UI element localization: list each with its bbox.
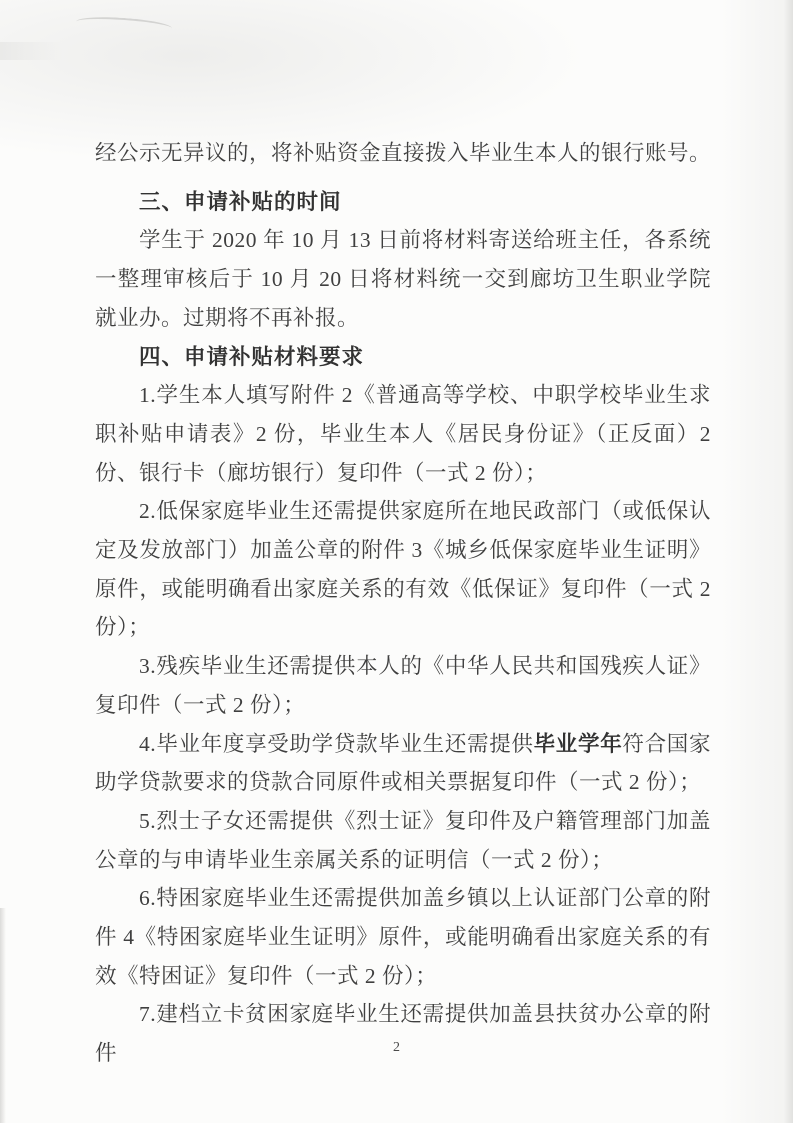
scan-shadow-bottom-left-edge bbox=[0, 908, 6, 1123]
emphasized-text: 四、申请补贴材料要求 bbox=[139, 345, 364, 369]
text-run: 经公示无异议的，将补贴资金直接拨入毕业生本人的银行账号。 bbox=[95, 141, 711, 165]
text-run: 1.学生本人填写附件 2《普通高等学校、中职学校毕业生求职补贴申请表》2 份，毕… bbox=[95, 383, 711, 484]
emphasized-text: 毕业学年 bbox=[534, 732, 623, 756]
paragraph: 1.学生本人填写附件 2《普通高等学校、中职学校毕业生求职补贴申请表》2 份，毕… bbox=[95, 376, 711, 492]
paragraph: 3.残疾毕业生还需提供本人的《中华人民共和国残疾人证》复印件（一式 2 份）； bbox=[95, 647, 711, 724]
paragraph: 2.低保家庭毕业生还需提供家庭所在地民政部门（或低保认定及发放部门）加盖公章的附… bbox=[95, 492, 711, 647]
paragraph: 经公示无异议的，将补贴资金直接拨入毕业生本人的银行账号。 bbox=[95, 134, 711, 173]
document-body: 经公示无异议的，将补贴资金直接拨入毕业生本人的银行账号。三、申请补贴的时间学生于… bbox=[95, 134, 711, 1073]
text-run: 2.低保家庭毕业生还需提供家庭所在地民政部门（或低保认定及发放部门）加盖公章的附… bbox=[95, 499, 711, 639]
scan-shadow-right-edge bbox=[784, 0, 793, 1123]
paragraph: 4.毕业年度享受助学贷款毕业生还需提供毕业学年符合国家助学贷款要求的贷款合同原件… bbox=[95, 725, 711, 802]
paragraph: 学生于 2020 年 10 月 13 日前将材料寄送给班主任，各系统一整理审核后… bbox=[95, 221, 711, 337]
paragraph: 7.建档立卡贫困家庭毕业生还需提供加盖县扶贫办公章的附件 bbox=[95, 995, 711, 1072]
text-run: 学生于 2020 年 10 月 13 日前将材料寄送给班主任，各系统一整理审核后… bbox=[95, 228, 711, 329]
section-heading: 四、申请补贴材料要求 bbox=[95, 338, 711, 377]
scanned-document-page: 经公示无异议的，将补贴资金直接拨入毕业生本人的银行账号。三、申请补贴的时间学生于… bbox=[0, 0, 793, 1123]
text-run: 6.特困家庭毕业生还需提供加盖乡镇以上认证部门公章的附件 4《特困家庭毕业生证明… bbox=[95, 886, 711, 987]
page-number: 2 bbox=[0, 1040, 793, 1056]
scan-shadow-right-band bbox=[721, 0, 793, 1123]
paragraph: 5.烈士子女还需提供《烈士证》复印件及户籍管理部门加盖公章的与申请毕业生亲属关系… bbox=[95, 802, 711, 879]
emphasized-text: 三、申请补贴的时间 bbox=[139, 190, 342, 214]
text-run: 3.残疾毕业生还需提供本人的《中华人民共和国残疾人证》复印件（一式 2 份）； bbox=[95, 654, 711, 717]
text-run: 5.烈士子女还需提供《烈士证》复印件及户籍管理部门加盖公章的与申请毕业生亲属关系… bbox=[95, 809, 711, 872]
section-heading: 三、申请补贴的时间 bbox=[95, 183, 711, 222]
paragraph: 6.特困家庭毕业生还需提供加盖乡镇以上认证部门公章的附件 4《特困家庭毕业生证明… bbox=[95, 879, 711, 995]
text-run: 4.毕业年度享受助学贷款毕业生还需提供 bbox=[139, 732, 534, 756]
scan-pencil-mark bbox=[76, 15, 173, 36]
scan-shadow-left-edge bbox=[0, 42, 62, 60]
